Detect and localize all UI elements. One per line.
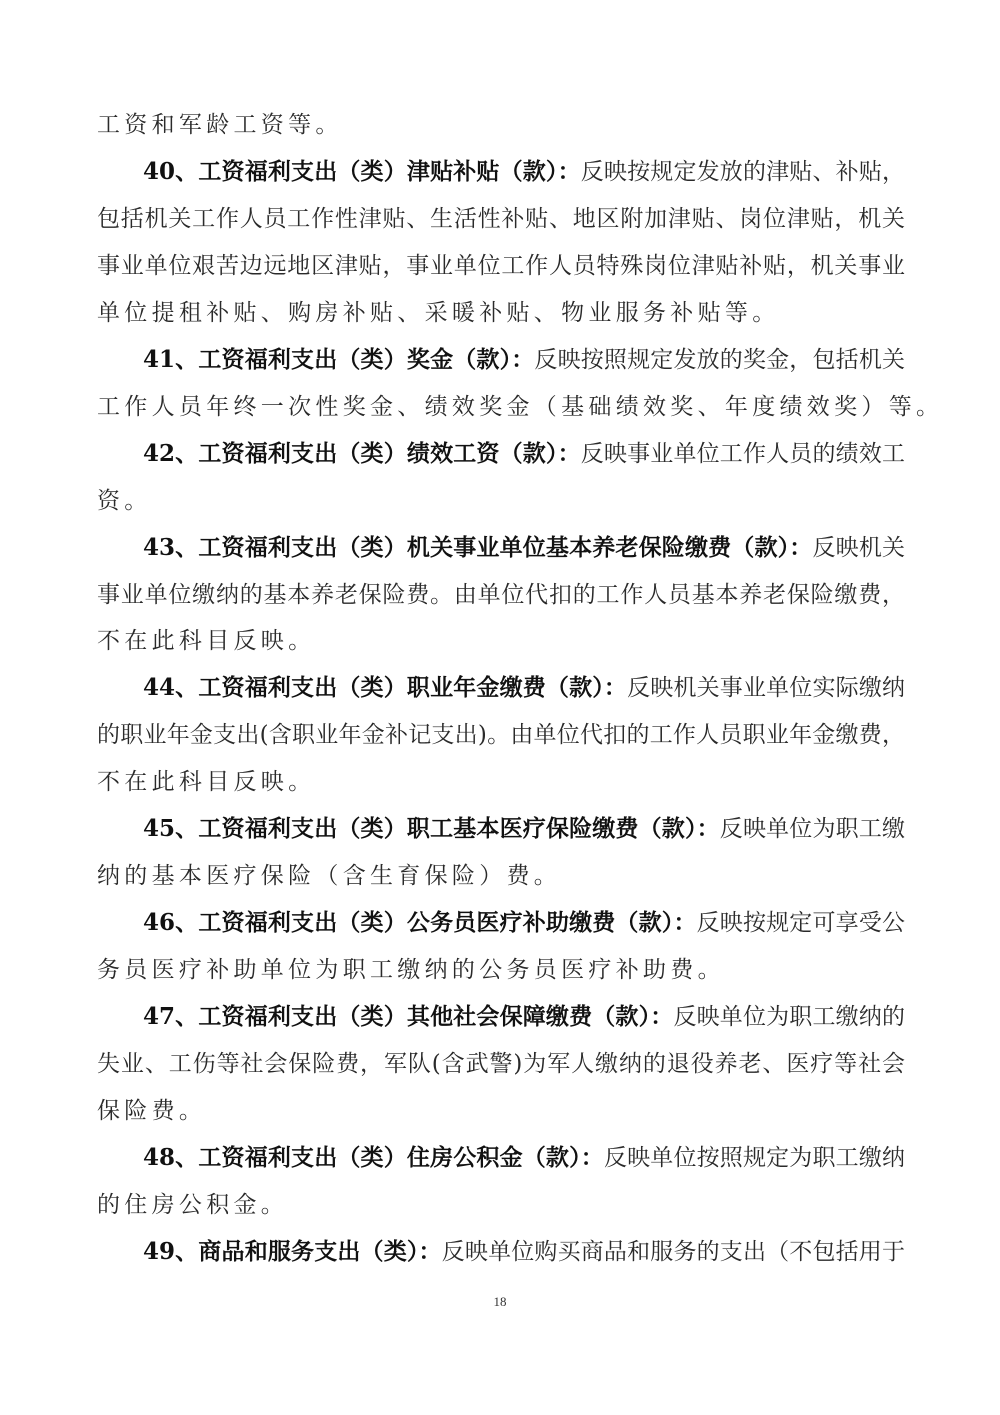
item-heading: 43、工资福利支出（类）机关事业单位基本养老保险缴费（款）： <box>143 534 812 561</box>
item-description: 反映单位购买商品和服务的支出（不包括用于 <box>442 1239 905 1265</box>
document-body: 工资和军龄工资等。40、工资福利支出（类）津贴补贴（款）：反映按规定发放的津贴、… <box>97 102 905 1276</box>
item-description: 资。 <box>97 488 152 514</box>
paragraph-heading-line: 45、工资福利支出（类）职工基本医疗保险缴费（款）：反映单位为职工缴 <box>97 806 905 853</box>
item-heading: 44、工资福利支出（类）职业年金缴费（款）： <box>143 674 627 701</box>
item-description: 务员医疗补助单位为职工缴纳的公务员医疗补助费。 <box>97 957 725 983</box>
paragraph-text-line: 不在此科目反映。 <box>97 759 905 806</box>
paragraph-heading-line: 40、工资福利支出（类）津贴补贴（款）：反映按规定发放的津贴、补贴， <box>97 149 905 196</box>
item-description: 工作人员年终一次性奖金、绩效奖金（基础绩效奖、年度绩效奖）等。 <box>97 394 943 420</box>
paragraph-text-line: 资。 <box>97 478 905 525</box>
item-description: 单位提租补贴、购房补贴、采暖补贴、物业服务补贴等。 <box>97 300 780 326</box>
item-description: 纳的基本医疗保险（含生育保险）费。 <box>97 863 561 889</box>
paragraph-text-line: 纳的基本医疗保险（含生育保险）费。 <box>97 853 905 900</box>
paragraph-text-line: 工作人员年终一次性奖金、绩效奖金（基础绩效奖、年度绩效奖）等。 <box>97 384 905 431</box>
paragraph-heading-line: 41、工资福利支出（类）奖金（款）：反映按照规定发放的奖金，包括机关 <box>97 337 905 384</box>
item-description: 反映单位按照规定为职工缴纳 <box>604 1145 905 1171</box>
item-description: 不在此科目反映。 <box>97 628 315 654</box>
paragraph-text-line: 的职业年金支出(含职业年金补记支出)。由单位代扣的工作人员职业年金缴费， <box>97 712 905 759</box>
item-description: 保险费。 <box>97 1098 206 1124</box>
paragraph-text-line: 事业单位缴纳的基本养老保险费。由单位代扣的工作人员基本养老保险缴费， <box>97 572 905 619</box>
paragraph-heading-line: 44、工资福利支出（类）职业年金缴费（款）：反映机关事业单位实际缴纳 <box>97 665 905 712</box>
item-description: 反映事业单位工作人员的绩效工 <box>581 441 905 467</box>
document-page: 工资和军龄工资等。40、工资福利支出（类）津贴补贴（款）：反映按规定发放的津贴、… <box>0 0 1000 1415</box>
item-description: 反映机关事业单位实际缴纳 <box>627 675 905 701</box>
item-description: 的职业年金支出(含职业年金补记支出)。由单位代扣的工作人员职业年金缴费， <box>97 722 905 748</box>
paragraph-text-line: 事业单位艰苦边远地区津贴，事业单位工作人员特殊岗位津贴补贴，机关事业 <box>97 243 905 290</box>
paragraph-heading-line: 46、工资福利支出（类）公务员医疗补助缴费（款）：反映按规定可享受公 <box>97 900 905 947</box>
paragraph-text-line: 失业、工伤等社会保险费，军队(含武警)为军人缴纳的退役养老、医疗等社会 <box>97 1041 905 1088</box>
paragraph-text-line: 务员医疗补助单位为职工缴纳的公务员医疗补助费。 <box>97 947 905 994</box>
item-heading: 42、工资福利支出（类）绩效工资（款）： <box>143 440 581 467</box>
item-description: 失业、工伤等社会保险费，军队(含武警)为军人缴纳的退役养老、医疗等社会 <box>97 1051 905 1077</box>
paragraph-text-line: 不在此科目反映。 <box>97 618 905 665</box>
paragraph-heading-line: 49、商品和服务支出（类）：反映单位购买商品和服务的支出（不包括用于 <box>97 1229 905 1276</box>
item-heading: 49、商品和服务支出（类）： <box>143 1238 442 1265</box>
page-number: 18 <box>0 1294 1000 1310</box>
paragraph-text-line: 包括机关工作人员工作性津贴、生活性补贴、地区附加津贴、岗位津贴，机关 <box>97 196 905 243</box>
paragraph-text-line: 保险费。 <box>97 1088 905 1135</box>
item-description: 反映机关 <box>812 535 905 561</box>
paragraph-heading-line: 48、工资福利支出（类）住房公积金（款）：反映单位按照规定为职工缴纳 <box>97 1135 905 1182</box>
item-description: 事业单位缴纳的基本养老保险费。由单位代扣的工作人员基本养老保险缴费， <box>97 582 905 608</box>
item-description: 事业单位艰苦边远地区津贴，事业单位工作人员特殊岗位津贴补贴，机关事业 <box>97 253 905 279</box>
item-description: 反映按规定发放的津贴、补贴， <box>581 159 905 185</box>
paragraph-heading-line: 42、工资福利支出（类）绩效工资（款）：反映事业单位工作人员的绩效工 <box>97 431 905 478</box>
item-heading: 45、工资福利支出（类）职工基本医疗保险缴费（款）： <box>143 815 720 842</box>
item-heading: 40、工资福利支出（类）津贴补贴（款）： <box>143 158 581 185</box>
paragraph-heading-line: 43、工资福利支出（类）机关事业单位基本养老保险缴费（款）：反映机关 <box>97 525 905 572</box>
item-description: 反映按照规定发放的奖金，包括机关 <box>534 347 905 373</box>
paragraph-text-line: 的住房公积金。 <box>97 1182 905 1229</box>
item-description: 工资和军龄工资等。 <box>97 112 343 138</box>
item-heading: 48、工资福利支出（类）住房公积金（款）： <box>143 1144 604 1171</box>
paragraph-text-line: 单位提租补贴、购房补贴、采暖补贴、物业服务补贴等。 <box>97 290 905 337</box>
item-description: 反映单位为职工缴纳的 <box>673 1004 905 1030</box>
item-description: 反映按规定可享受公 <box>697 910 905 936</box>
paragraph-text-line: 工资和军龄工资等。 <box>97 102 905 149</box>
item-heading: 47、工资福利支出（类）其他社会保障缴费（款）： <box>143 1003 673 1030</box>
item-heading: 46、工资福利支出（类）公务员医疗补助缴费（款）： <box>143 909 697 936</box>
item-description: 反映单位为职工缴 <box>720 816 905 842</box>
item-heading: 41、工资福利支出（类）奖金（款）： <box>143 346 534 373</box>
item-description: 的住房公积金。 <box>97 1192 288 1218</box>
item-description: 包括机关工作人员工作性津贴、生活性补贴、地区附加津贴、岗位津贴，机关 <box>97 206 905 232</box>
paragraph-heading-line: 47、工资福利支出（类）其他社会保障缴费（款）：反映单位为职工缴纳的 <box>97 994 905 1041</box>
item-description: 不在此科目反映。 <box>97 769 315 795</box>
